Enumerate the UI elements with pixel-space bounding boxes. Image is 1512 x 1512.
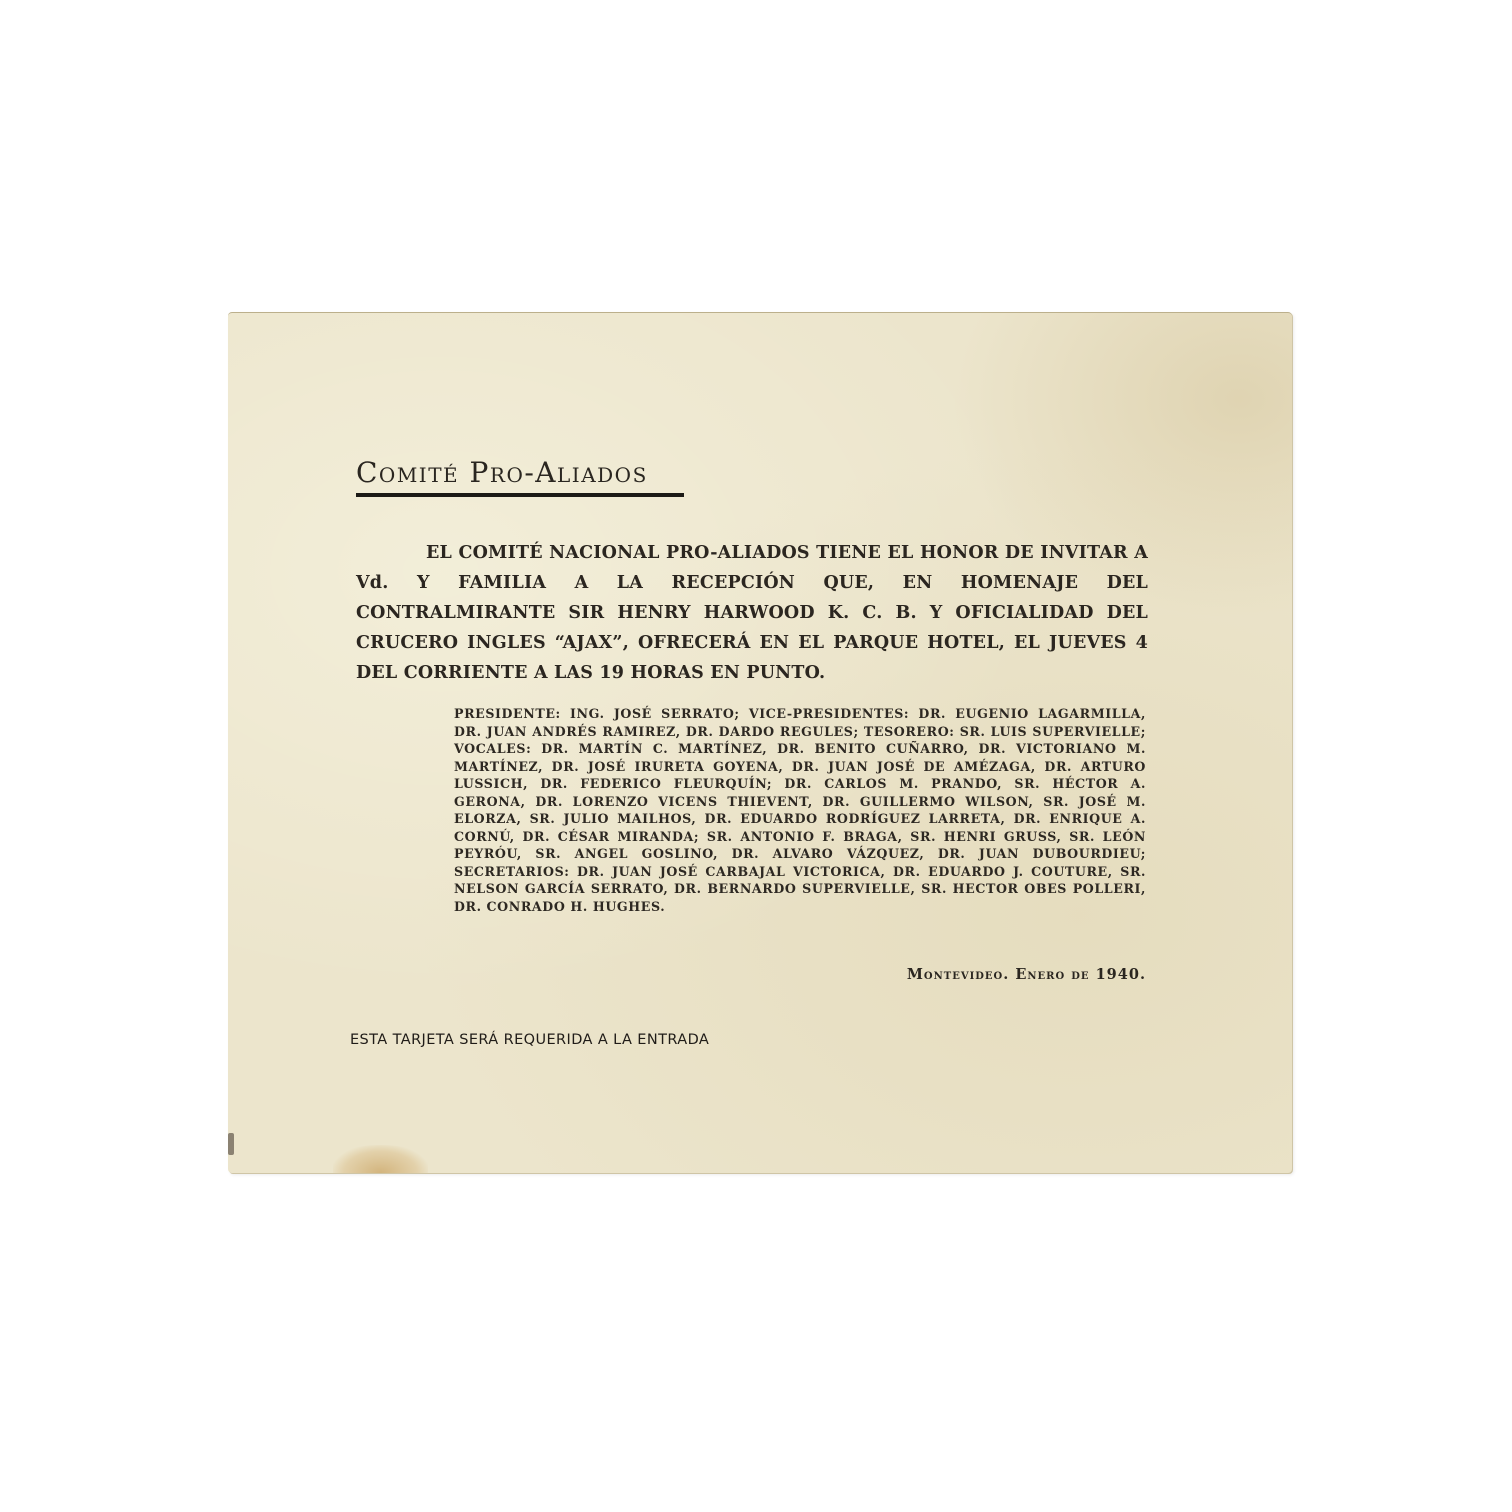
invitation-text: EL COMITÉ NACIONAL PRO-ALIADOS TIENE EL …	[356, 543, 1148, 683]
entry-requirement-note: ESTA TARJETA SERÁ REQUERIDA A LA ENTRADA	[350, 1032, 709, 1048]
committee-members-list: PRESIDENTE: ING. JOSÉ SERRATO; VICE-PRES…	[454, 705, 1146, 915]
card-title: Comité Pro-Aliados	[356, 456, 648, 489]
title-underline	[356, 493, 684, 497]
invitation-body: EL COMITÉ NACIONAL PRO-ALIADOS TIENE EL …	[356, 538, 1148, 688]
water-stain	[333, 1145, 428, 1173]
place-and-date: Montevideo. Enero de 1940.	[907, 966, 1146, 983]
edge-wear-mark	[228, 1133, 234, 1155]
invitation-card: Comité Pro-Aliados EL COMITÉ NACIONAL PR…	[228, 312, 1292, 1173]
